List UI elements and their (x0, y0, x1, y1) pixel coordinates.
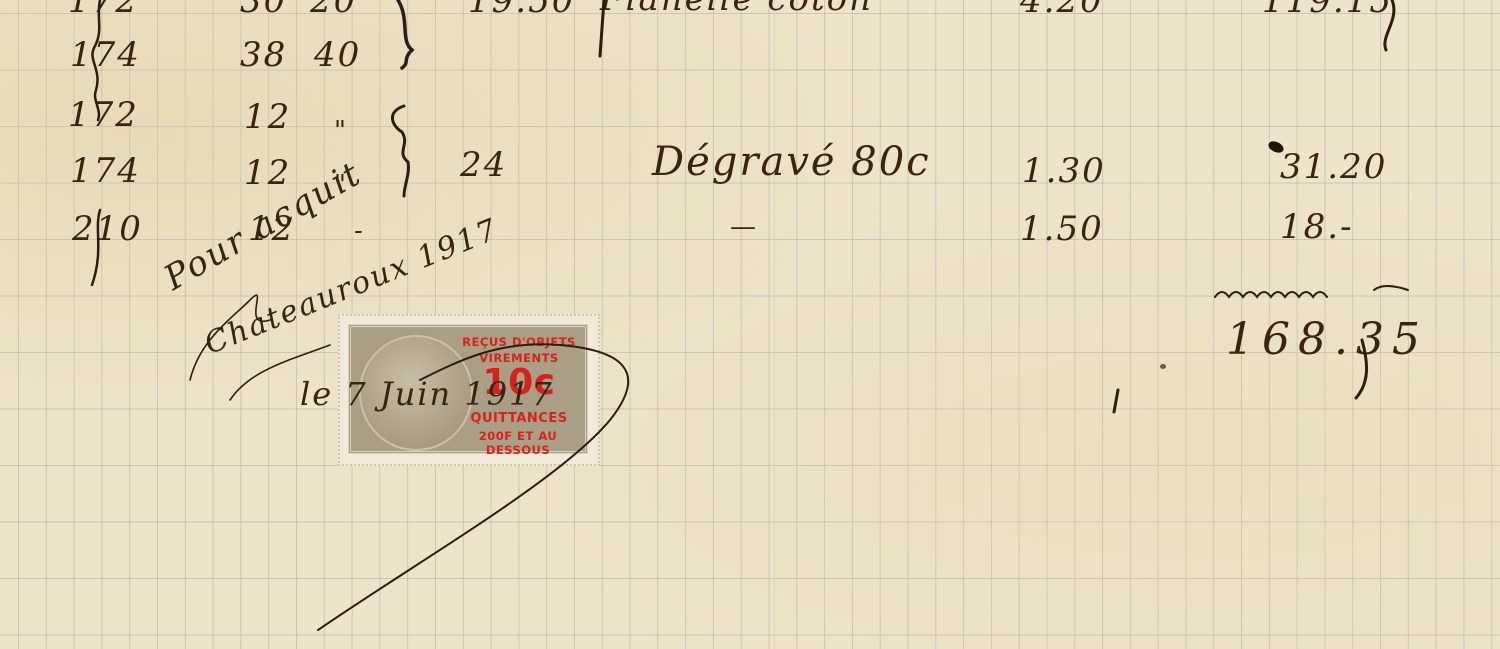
row-unit-price: 1.30 (1022, 154, 1106, 188)
row-description: Dégravé 80c (652, 142, 931, 182)
ink-speck (1160, 364, 1166, 369)
acquittal-date-line: le 7 Juin 1917 (300, 378, 554, 410)
right-brace-icon (398, 0, 412, 68)
row-ref: 172 (68, 0, 139, 18)
invoice-total: 168.35 (1226, 318, 1428, 362)
row-ref: 174 (70, 38, 141, 72)
row-ref: 174 (70, 154, 141, 188)
row-amount: 18.- (1280, 210, 1354, 244)
stamp-line1: REÇUS D'OBJETS (459, 335, 579, 349)
paper-fold-crease (772, 0, 775, 649)
total-underline-flourish (1215, 292, 1327, 297)
row-ref: 210 (72, 212, 143, 246)
row-brace-total: 24 (460, 148, 507, 182)
row-unit-price: 4.20 (1020, 0, 1104, 18)
row-qty-b: - (354, 218, 365, 244)
row-qty-a: 30 (240, 0, 287, 18)
row-description-dash: — (730, 214, 758, 240)
row-qty-b: 20 (310, 0, 357, 18)
row-qty-a: 12 (244, 156, 291, 190)
stamp-line4: 200F ET AU DESSOUS (453, 429, 583, 457)
stamp-line3: QUITTANCES (459, 411, 579, 426)
row-qty-a: 38 (240, 38, 287, 72)
document-page: 172 30 20 19.50 Flanelle coton 4.20 119.… (0, 0, 1500, 649)
row-description: Flanelle coton (600, 0, 873, 16)
row-qty-b: 40 (314, 38, 361, 72)
row-amount: 119.15 (1262, 0, 1393, 18)
right-brace-icon (392, 106, 408, 196)
row-qty-a: 12 (244, 100, 291, 134)
row-ref: 172 (68, 98, 139, 132)
row-qty-b-ditto: " (334, 118, 348, 144)
row-unit-price: 1.50 (1020, 212, 1104, 246)
row-amount: 31.20 (1280, 150, 1387, 184)
row-brace-total: 19.50 (468, 0, 575, 18)
